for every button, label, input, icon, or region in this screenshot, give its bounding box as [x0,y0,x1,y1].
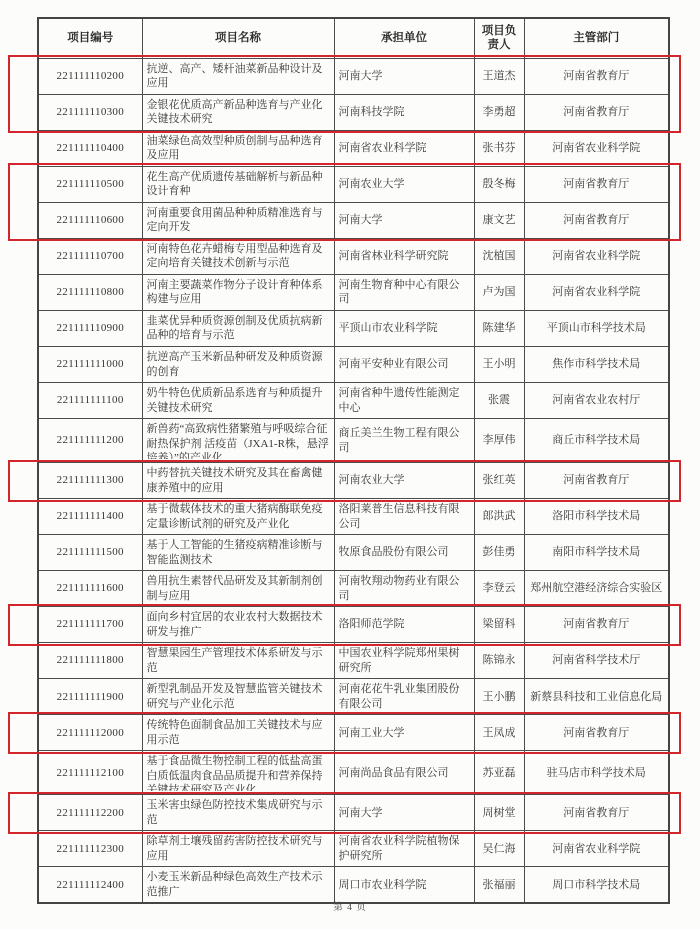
leader-cell: 郎洪武 [474,499,524,535]
unit-cell: 河南科技学院 [334,94,474,130]
dept-cell: 河南省农业科学院 [524,238,669,274]
table-row: 221111111400 基于微载体技术的重大猪病酶联免疫定量诊断试剂的研究及产… [38,499,669,535]
leader-cell: 殷冬梅 [474,166,524,202]
table-row: 221111110900 韭菜优异种质资源创制及优质抗病新品种的培育与示范 平顶… [38,310,669,346]
project-name-cell: 河南主要蔬菜作物分子设计育种体系构建与应用 [142,274,334,310]
project-name-cell: 除草剂土壤残留药害防控技术研究与应用 [142,831,334,867]
table-row: 221111111000 抗逆高产玉米新品种研发及种质资源的创育 河南平安种业有… [38,347,669,383]
project-code-cell: 221111111900 [38,679,142,715]
leader-cell: 李勇超 [474,94,524,130]
project-code-cell: 221111111200 [38,419,142,463]
project-name-cell: 油菜绿色高效型种质创制与品种选育及应用 [142,130,334,166]
unit-cell: 河南省种牛遗传性能测定中心 [334,383,474,419]
table-row: 221111110800 河南主要蔬菜作物分子设计育种体系构建与应用 河南生物育… [38,274,669,310]
dept-cell: 驻马店市科学技术局 [524,751,669,795]
project-name-cell: 新兽药“高致病性猪繁殖与呼吸综合征耐热保护剂 活疫苗（JXA1-R株，悬浮培养）… [142,419,334,463]
col-header-unit: 承担单位 [334,18,474,58]
document-page: 项目编号 项目名称 承担单位 项目负责人 主管部门 221111110200 抗… [0,0,700,929]
project-code-cell: 221111112100 [38,751,142,795]
table-row: 221111110200 抗逆、高产、矮杆油菜新品种设计及应用 河南大学 王道杰… [38,58,669,94]
project-name-cell: 兽用抗生素替代品研发及其新制剂创制与应用 [142,571,334,607]
unit-cell: 河南大学 [334,58,474,94]
project-name-cell: 花生高产优质遗传基础解析与新品种设计育种 [142,166,334,202]
unit-cell: 河南尚品食品有限公司 [334,751,474,795]
table-row: 221111112200 玉米害虫绿色防控技术集成研究与示范 河南大学 周树堂 … [38,795,669,831]
unit-cell: 河南省农业科学院 [334,130,474,166]
col-header-dept: 主管部门 [524,18,669,58]
dept-cell: 河南省农业科学院 [524,274,669,310]
project-code-cell: 221111110800 [38,274,142,310]
project-name-cell: 奶牛特色优质新品系选育与种质提升关键技术研究 [142,383,334,419]
table-row: 221111111800 智慧果园生产管理技术体系研发与示范 中国农业科学院郑州… [38,643,669,679]
dept-cell: 河南省教育厅 [524,58,669,94]
leader-cell: 周树堂 [474,795,524,831]
project-code-cell: 221111111500 [38,535,142,571]
project-name-cell: 基于食品微生物控制工程的低盐高蛋白质低温肉食品品质提升和营养保持关键技术研究及产… [142,751,334,795]
project-code-cell: 221111111100 [38,383,142,419]
project-code-cell: 221111111700 [38,607,142,643]
project-name-cell: 中药替抗关键技术研究及其在畜禽健康养殖中的应用 [142,463,334,499]
project-name-cell: 抗逆、高产、矮杆油菜新品种设计及应用 [142,58,334,94]
leader-cell: 李登云 [474,571,524,607]
col-header-project-code: 项目编号 [38,18,142,58]
leader-cell: 梁留科 [474,607,524,643]
unit-cell: 中国农业科学院郑州果树研究所 [334,643,474,679]
table-row: 221111111900 新型乳制品开发及智慧监管关键技术研究与产业化示范 河南… [38,679,669,715]
unit-cell: 洛阳莱普生信息科技有限公司 [334,499,474,535]
dept-cell: 河南省教育厅 [524,463,669,499]
table-row: 221111112400 小麦玉米新品种绿色高效生产技术示范推广 周口市农业科学… [38,867,669,904]
unit-cell: 河南农业大学 [334,463,474,499]
dept-cell: 平顶山市科学技术局 [524,310,669,346]
table-row: 221111110400 油菜绿色高效型种质创制与品种选育及应用 河南省农业科学… [38,130,669,166]
project-code-cell: 221111110400 [38,130,142,166]
col-header-leader: 项目负责人 [474,18,524,58]
project-table: 项目编号 项目名称 承担单位 项目负责人 主管部门 221111110200 抗… [37,17,670,904]
leader-cell: 张书芬 [474,130,524,166]
project-code-cell: 221111112000 [38,715,142,751]
project-code-cell: 221111110300 [38,94,142,130]
unit-cell: 河南省农业科学院植物保护研究所 [334,831,474,867]
leader-cell: 李厚伟 [474,419,524,463]
dept-cell: 新蔡县科技和工业信息化局 [524,679,669,715]
project-name-cell: 基于人工智能的生猪疫病精准诊断与智能监测技术 [142,535,334,571]
unit-cell: 河南生物育种中心有限公司 [334,274,474,310]
project-code-cell: 221111111600 [38,571,142,607]
leader-cell: 王凤成 [474,715,524,751]
table-row: 221111111700 面向乡村宜居的农业农村大数据技术研发与推广 洛阳师范学… [38,607,669,643]
dept-cell: 河南省教育厅 [524,607,669,643]
leader-cell: 王道杰 [474,58,524,94]
project-code-cell: 221111112400 [38,867,142,904]
unit-cell: 河南花花牛乳业集团股份有限公司 [334,679,474,715]
dept-cell: 河南省教育厅 [524,166,669,202]
table-row: 221111112100 基于食品微生物控制工程的低盐高蛋白质低温肉食品品质提升… [38,751,669,795]
unit-cell: 河南平安种业有限公司 [334,347,474,383]
unit-cell: 牧原食品股份有限公司 [334,535,474,571]
leader-cell: 张红英 [474,463,524,499]
unit-cell: 河南工业大学 [334,715,474,751]
dept-cell: 郑州航空港经济综合实验区 [524,571,669,607]
project-name-cell: 小麦玉米新品种绿色高效生产技术示范推广 [142,867,334,904]
project-code-cell: 221111110900 [38,310,142,346]
page-number: 第 4 页 [0,899,700,913]
dept-cell: 河南省农业科学院 [524,130,669,166]
dept-cell: 河南省教育厅 [524,795,669,831]
dept-cell: 河南省农业科学院 [524,831,669,867]
unit-cell: 商丘美兰生物工程有限公司 [334,419,474,463]
table-row: 221111112000 传统特色面制食品加工关键技术与应用示范 河南工业大学 … [38,715,669,751]
unit-cell: 河南农业大学 [334,166,474,202]
dept-cell: 河南省教育厅 [524,202,669,238]
unit-cell: 洛阳师范学院 [334,607,474,643]
table-row: 221111110500 花生高产优质遗传基础解析与新品种设计育种 河南农业大学… [38,166,669,202]
project-name-cell: 抗逆高产玉米新品种研发及种质资源的创育 [142,347,334,383]
unit-cell: 河南大学 [334,202,474,238]
project-name-cell: 智慧果园生产管理技术体系研发与示范 [142,643,334,679]
table-row: 221111111200 新兽药“高致病性猪繁殖与呼吸综合征耐热保护剂 活疫苗（… [38,419,669,463]
table-row: 221111111300 中药替抗关键技术研究及其在畜禽健康养殖中的应用 河南农… [38,463,669,499]
project-name-cell: 新型乳制品开发及智慧监管关键技术研究与产业化示范 [142,679,334,715]
table-row: 221111111100 奶牛特色优质新品系选育与种质提升关键技术研究 河南省种… [38,383,669,419]
leader-cell: 沈植国 [474,238,524,274]
project-name-cell: 传统特色面制食品加工关键技术与应用示范 [142,715,334,751]
table-row: 221111110300 金银花优质高产新品种选育与产业化关键技术研究 河南科技… [38,94,669,130]
leader-cell: 卢为国 [474,274,524,310]
unit-cell: 周口市农业科学院 [334,867,474,904]
leader-cell: 陈建华 [474,310,524,346]
leader-cell: 吴仁海 [474,831,524,867]
leader-cell: 苏亚磊 [474,751,524,795]
dept-cell: 河南省教育厅 [524,94,669,130]
project-code-cell: 221111112200 [38,795,142,831]
leader-cell: 王小明 [474,347,524,383]
dept-cell: 商丘市科学技术局 [524,419,669,463]
dept-cell: 河南省教育厅 [524,715,669,751]
dept-cell: 焦作市科学技术局 [524,347,669,383]
dept-cell: 河南省科学技术厅 [524,643,669,679]
project-code-cell: 221111110500 [38,166,142,202]
project-name-cell: 韭菜优异种质资源创制及优质抗病新品种的培育与示范 [142,310,334,346]
table-row: 221111110700 河南特色花卉蜡梅专用型品种选育及定向培育关键技术创新与… [38,238,669,274]
unit-cell: 河南牧翔动物药业有限公司 [334,571,474,607]
project-code-cell: 221111110700 [38,238,142,274]
project-code-cell: 221111111400 [38,499,142,535]
dept-cell: 河南省农业农村厅 [524,383,669,419]
leader-cell: 张福丽 [474,867,524,904]
unit-cell: 平顶山市农业科学院 [334,310,474,346]
project-code-cell: 221111111000 [38,347,142,383]
unit-cell: 河南省林业科学研究院 [334,238,474,274]
project-code-cell: 221111112300 [38,831,142,867]
leader-cell: 王小鹏 [474,679,524,715]
leader-cell: 康文艺 [474,202,524,238]
project-code-cell: 221111111300 [38,463,142,499]
project-name-cell: 河南重要食用菌品种种质精准选育与定向开发 [142,202,334,238]
dept-cell: 洛阳市科学技术局 [524,499,669,535]
project-code-cell: 221111110200 [38,58,142,94]
col-header-project-name: 项目名称 [142,18,334,58]
leader-cell: 陈锦永 [474,643,524,679]
project-name-cell: 面向乡村宜居的农业农村大数据技术研发与推广 [142,607,334,643]
leader-cell: 张震 [474,383,524,419]
project-code-cell: 221111111800 [38,643,142,679]
table-row: 221111110600 河南重要食用菌品种种质精准选育与定向开发 河南大学 康… [38,202,669,238]
table-row: 221111111600 兽用抗生素替代品研发及其新制剂创制与应用 河南牧翔动物… [38,571,669,607]
project-table-container: 项目编号 项目名称 承担单位 项目负责人 主管部门 221111110200 抗… [37,17,668,904]
dept-cell: 周口市科学技术局 [524,867,669,904]
project-name-cell: 基于微载体技术的重大猪病酶联免疫定量诊断试剂的研究及产业化 [142,499,334,535]
dept-cell: 南阳市科学技术局 [524,535,669,571]
project-name-cell: 玉米害虫绿色防控技术集成研究与示范 [142,795,334,831]
project-name-cell: 河南特色花卉蜡梅专用型品种选育及定向培育关键技术创新与示范 [142,238,334,274]
table-row: 221111112300 除草剂土壤残留药害防控技术研究与应用 河南省农业科学院… [38,831,669,867]
table-row: 221111111500 基于人工智能的生猪疫病精准诊断与智能监测技术 牧原食品… [38,535,669,571]
project-name-cell: 金银花优质高产新品种选育与产业化关键技术研究 [142,94,334,130]
unit-cell: 河南大学 [334,795,474,831]
header-row: 项目编号 项目名称 承担单位 项目负责人 主管部门 [38,18,669,58]
leader-cell: 彭佳勇 [474,535,524,571]
project-code-cell: 221111110600 [38,202,142,238]
